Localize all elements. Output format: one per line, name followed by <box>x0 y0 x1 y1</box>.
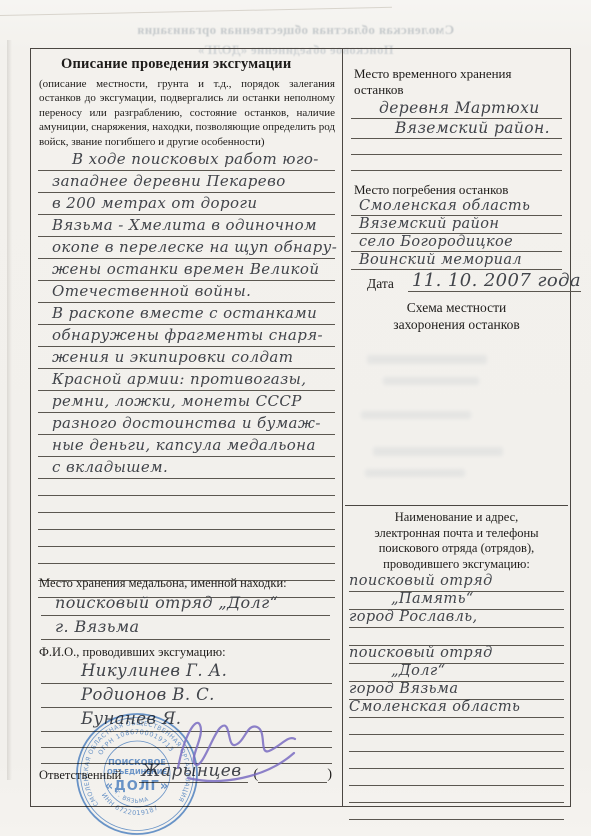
burial-place-lines: Смоленская область Вяземский район село … <box>351 198 562 270</box>
description-line: ные деньги, капсула медальона <box>38 435 335 457</box>
burial-place-label: Место погребения останков <box>354 182 508 198</box>
schema-label-line2: захоронения останков <box>343 316 570 333</box>
temp-storage-lines: деревня Мартюхи Вяземский район. <box>351 99 562 171</box>
stamp-center-line3: «ДОЛГ» <box>105 779 170 794</box>
description-line: разного достоинства и бумаж- <box>38 413 335 435</box>
paper-edge-top <box>0 7 392 16</box>
blank-line <box>38 496 335 513</box>
team-label-line3: поискового отряда (отрядов), <box>347 541 566 557</box>
bleed-smudge <box>365 469 465 477</box>
date-label: Дата <box>367 276 394 292</box>
stamp-center-line1: ПОИСКОВОЕ <box>108 758 166 767</box>
burial-line: Воинский мемориал <box>351 252 562 270</box>
signature-scribble <box>168 706 308 792</box>
fio-name: Никулинев Г. А. <box>41 660 332 684</box>
blank-line <box>38 530 335 547</box>
blank-line <box>349 786 564 803</box>
description-line: Красной армии: противогазы, <box>38 369 335 391</box>
blank-line <box>38 547 335 564</box>
team-line: поисковый отряд <box>349 646 564 664</box>
description-line: жения и экипировки солдат <box>38 347 335 369</box>
team-line: „Долг“ <box>349 664 564 682</box>
schema-label-line1: Схема местности <box>343 299 570 316</box>
description-line: жены останки времен Великой <box>38 259 335 281</box>
paren-close: ) <box>327 767 332 783</box>
blank-line <box>38 513 335 530</box>
description-line: Вязьма - Хмелита в одиночном <box>38 215 335 237</box>
bleed-smudge <box>383 377 479 385</box>
medallion-line: г. Вязьма <box>41 616 330 640</box>
left-column: Описание проведения эксгумации (описание… <box>31 49 342 806</box>
blank-line <box>349 752 564 769</box>
blank-line <box>351 155 562 171</box>
date-row: Дата 11. 10. 2007 года <box>367 271 556 292</box>
team-label: Наименование и адрес, электронная почта … <box>347 510 566 572</box>
team-label-line4: проводившего эксгумацию: <box>347 557 566 573</box>
fio-label: Ф.И.О., проводивших эксгумацию: <box>39 645 226 660</box>
team-label-line2: электронная почта и телефоны <box>347 526 566 542</box>
burial-line: Смоленская область <box>351 198 562 216</box>
bleed-smudge <box>361 411 471 419</box>
temp-storage-label: Место временного хранения останков <box>354 66 544 98</box>
team-label-line1: Наименование и адрес, <box>347 510 566 526</box>
section-title-exhumation: Описание проведения эксгумации <box>61 56 291 73</box>
bleed-through-text-1: Смоленская областная общественная органи… <box>0 22 591 38</box>
description-line: окопе в перелеске на щуп обнару- <box>38 237 335 259</box>
team-line: „Память“ <box>349 592 564 610</box>
paper-edge-shadow <box>7 40 12 780</box>
blank-line <box>349 769 564 786</box>
blank-line <box>349 735 564 752</box>
description-line: ремни, ложки, монеты СССР <box>38 391 335 413</box>
section-subtitle-exhumation: (описание местности, грунта и т.д., поря… <box>39 77 335 149</box>
burial-line: село Богородицкое <box>351 234 562 252</box>
signature-stroke-main <box>178 723 295 768</box>
team-lines: поисковый отряд „Память“ город Рославль,… <box>349 574 564 820</box>
description-line: В ходе поисковых работ юго- <box>38 149 335 171</box>
blank-line <box>351 139 562 155</box>
fio-name: Родионов В. С. <box>41 684 332 708</box>
team-line <box>349 628 564 646</box>
schema-label: Схема местности захоронения останков <box>343 299 570 333</box>
description-line: в 200 метрах от дороги <box>38 193 335 215</box>
team-line: поисковый отряд <box>349 574 564 592</box>
team-line: город Вязьма <box>349 682 564 700</box>
description-line: западнее деревни Пекарево <box>38 171 335 193</box>
bleed-smudge <box>373 447 503 456</box>
description-line: обнаружены фрагменты снаря- <box>38 325 335 347</box>
description-line: В раскопе вместе с останками <box>38 303 335 325</box>
temp-storage-line: Вяземский район. <box>351 119 562 139</box>
blank-line <box>38 479 335 496</box>
stamp-center-line2: ОБЪЕДИНЕНИЕ <box>107 768 167 776</box>
cell-divider <box>345 505 568 506</box>
burial-line: Вяземский район <box>351 216 562 234</box>
description-lines: В ходе поисковых работ юго- западнее дер… <box>38 149 335 598</box>
right-column: Место временного хранения останков дерев… <box>343 49 570 806</box>
bleed-smudge <box>367 355 487 364</box>
medallion-storage-lines: поисковый отряд „Долг“ г. Вязьма <box>41 592 330 640</box>
temp-storage-line: деревня Мартюхи <box>351 99 562 119</box>
date-value-handwritten: 11. 10. 2007 года <box>408 271 581 292</box>
team-line: Смоленская область <box>349 700 564 718</box>
description-line: Отечественной войны. <box>38 281 335 303</box>
form-table: Описание проведения эксгумации (описание… <box>30 48 571 807</box>
blank-line <box>349 718 564 735</box>
blank-line <box>349 803 564 820</box>
team-line: город Рославль, <box>349 610 564 628</box>
medallion-line: поисковый отряд „Долг“ <box>41 592 330 616</box>
medallion-storage-label: Место хранения медальона, именной находк… <box>39 576 287 591</box>
description-line: с вкладышем. <box>38 457 335 479</box>
scanned-exhumation-form: Смоленская областная общественная органи… <box>0 0 591 836</box>
